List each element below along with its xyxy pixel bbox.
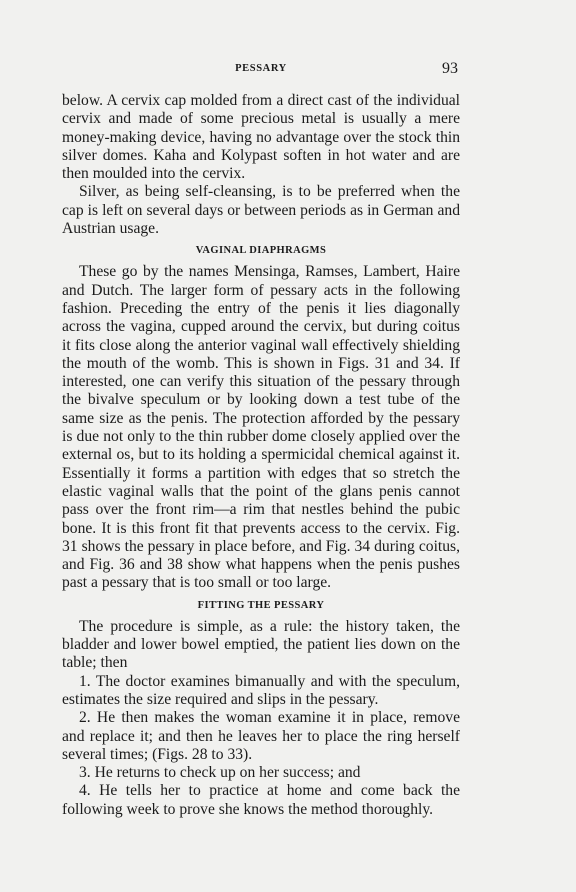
running-head: PESSARY 93 xyxy=(62,60,460,80)
section-heading-vaginal-diaphragms: VAGINAL DIAPHRAGMS xyxy=(62,238,460,263)
paragraph: below. A cervix cap molded from a direct… xyxy=(62,92,460,183)
numbered-step: 4. He tells her to practice at home and … xyxy=(62,782,460,819)
section-heading-fitting-the-pessary: FITTING THE PESSARY xyxy=(62,593,460,618)
paragraph: Silver, as being self-cleansing, is to b… xyxy=(62,183,460,238)
paragraph: The procedure is simple, as a rule: the … xyxy=(62,618,460,673)
numbered-step: 3. He returns to check up on her success… xyxy=(62,764,460,782)
page-number: 93 xyxy=(442,60,458,78)
numbered-step: 1. The doctor examines bimanually and wi… xyxy=(62,673,460,710)
numbered-step: 2. He then makes the woman examine it in… xyxy=(62,709,460,764)
paragraph: These go by the names Mensinga, Ramses, … xyxy=(62,263,460,592)
page-body: below. A cervix cap molded from a direct… xyxy=(62,92,460,819)
running-title: PESSARY xyxy=(62,63,460,74)
